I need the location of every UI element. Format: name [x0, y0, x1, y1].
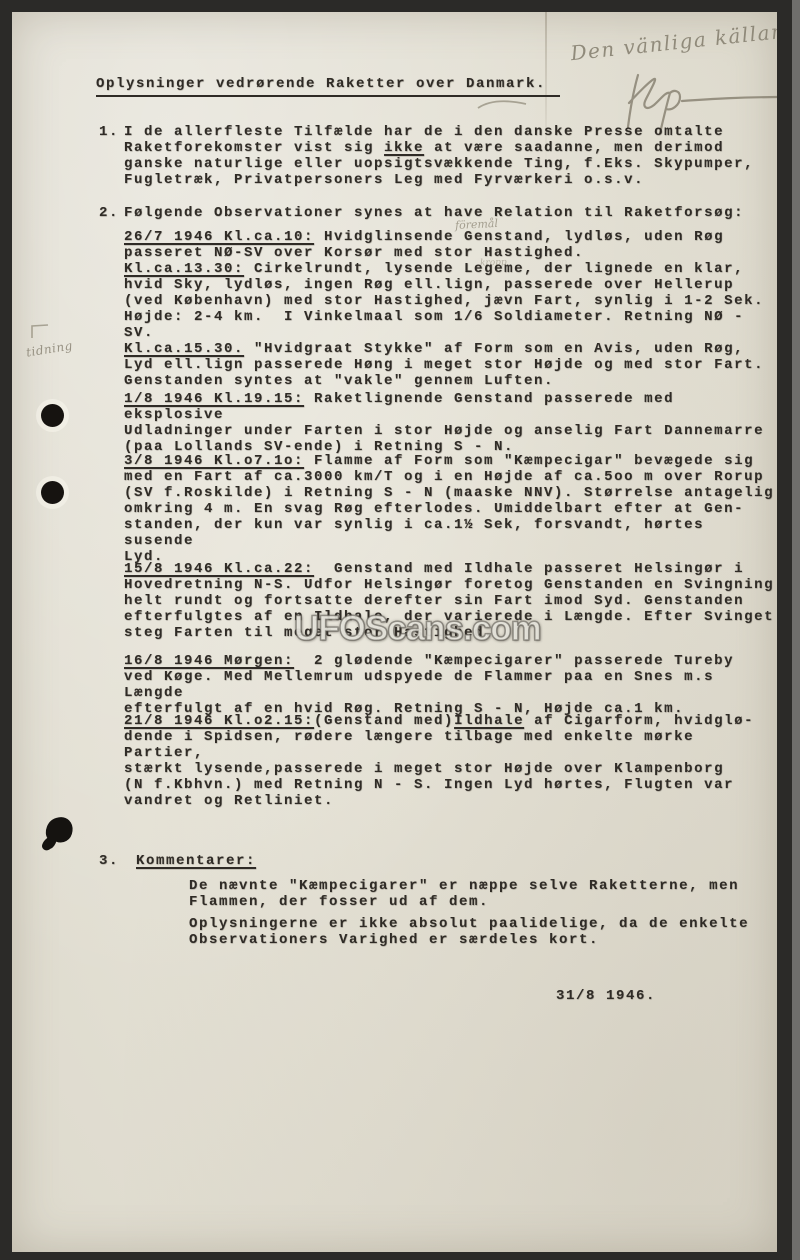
pencil-swoosh-under-title: [474, 96, 530, 112]
observation-entry-3-8: 3/8 1946 Kl.o7.1o: Flamme af Form som "K…: [124, 453, 777, 565]
observation-entry-21-8: 21/8 1946 Kl.o2.15:(Genstand med)Ildhale…: [124, 713, 777, 809]
document-page: Den vänliga källan tidning föremål kropp…: [12, 12, 777, 1252]
observation-entry-1-8: 1/8 1946 Kl.19.15: Raketlignende Genstan…: [124, 391, 777, 455]
item-number-3: 3.: [99, 853, 119, 869]
observation-entry-26-7: 26/7 1946 Kl.ca.10: Hvidglinsende Gensta…: [124, 229, 777, 389]
punch-hole-icon: [41, 404, 64, 427]
handwritten-note-top: Den vänliga källan: [569, 19, 777, 65]
item-number-1: 1.: [99, 124, 119, 140]
watermark: UFOScans.com: [294, 609, 541, 649]
comment-paragraph-1: De nævnte "Kæmpecigarer" er næppe selve …: [189, 878, 739, 910]
handwritten-note-margin: tidning: [25, 338, 73, 359]
punch-hole-icon: [41, 481, 64, 504]
paragraph-item-2-heading: Følgende Observationer synes at have Rel…: [124, 205, 744, 221]
scanned-document-background: { "watermark": "UFOScans.com", "handwrit…: [0, 0, 800, 1260]
ink-blot-icon: [34, 812, 78, 858]
observation-entry-16-8: 16/8 1946 Mørgen: 2 glødende "Kæmpecigar…: [124, 653, 777, 717]
item-number-2: 2.: [99, 205, 119, 221]
paragraph-item-1: I de allerfleste Tilfælde har de i den d…: [124, 124, 754, 188]
comment-paragraph-2: Oplysningerne er ikke absolut paalidelig…: [189, 916, 749, 948]
margin-tick-mark: [28, 322, 52, 340]
paragraph-item-3-heading: Kommentarer:: [136, 853, 256, 869]
scanner-edge-strip: [792, 0, 800, 1260]
document-date: 31/8 1946.: [556, 988, 656, 1004]
document-title: Oplysninger vedrørende Raketter over Dan…: [96, 76, 560, 97]
